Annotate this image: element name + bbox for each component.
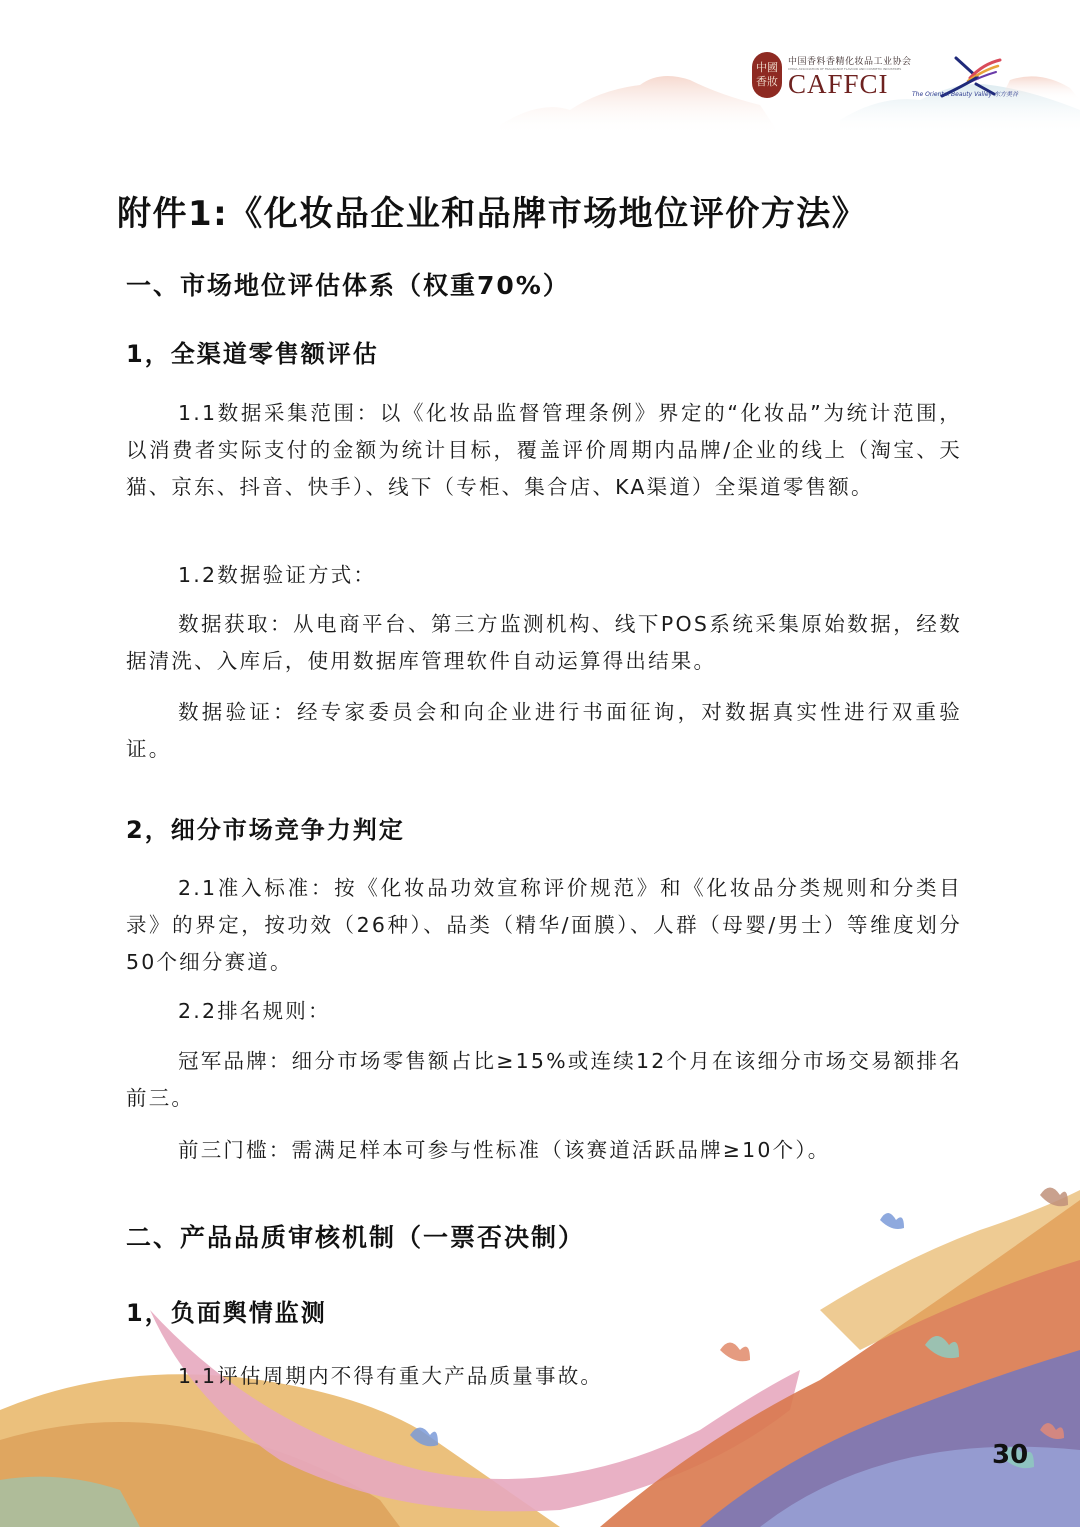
seal-logo-icon: 中國 香妝: [752, 52, 782, 98]
paragraph: 2.2排名规则：: [126, 993, 962, 1030]
page-number: 30: [992, 1440, 1028, 1470]
header-banner: 中國 香妝 中国香料香精化妆品工业协会 CHINA ASSOCIATION OF…: [0, 0, 1080, 160]
paragraph: 1.1数据采集范围：以《化妆品监督管理条例》界定的“化妆品”为统计范围，以消费者…: [126, 395, 962, 506]
partner-logo-text: The Oriental Beauty Valley 东方美谷: [912, 89, 1018, 98]
section-heading: 一、市场地位评估体系（权重70%）: [126, 266, 570, 302]
subsection-heading: 2，细分市场竞争力判定: [126, 810, 405, 845]
subsection-heading: 1，负面舆情监测: [126, 1293, 327, 1328]
paragraph: 1.1评估周期内不得有重大产品质量事故。: [126, 1358, 962, 1395]
paragraph: 冠军品牌：细分市场零售额占比≥15%或连续12个月在该细分市场交易额排名前三。: [126, 1043, 962, 1117]
subsection-heading: 1，全渠道零售额评估: [126, 334, 379, 369]
caffci-logo: 中國 香妝 中国香料香精化妆品工业协会 CHINA ASSOCIATION OF…: [752, 52, 912, 98]
association-name-cn: 中国香料香精化妆品工业协会: [788, 54, 912, 67]
paragraph: 数据获取：从电商平台、第三方监测机构、线下POS系统采集原始数据，经数据清洗、入…: [126, 606, 962, 680]
paragraph: 1.2数据验证方式：: [126, 557, 962, 594]
association-abbr: CAFFCI: [788, 71, 912, 97]
document-title: 附件1:《化妆品企业和品牌市场地位评价方法》: [117, 186, 867, 235]
paragraph: 数据验证：经专家委员会和向企业进行书面征询，对数据真实性进行双重验证。: [126, 694, 962, 768]
section-heading: 二、产品品质审核机制（一票否决制）: [126, 1218, 585, 1254]
paragraph: 2.1准入标准：按《化妆品功效宣称评价规范》和《化妆品分类规则和分类目录》的界定…: [126, 870, 962, 981]
paragraph: 前三门槛：需满足样本可参与性标准（该赛道活跃品牌≥10个）。: [126, 1132, 962, 1169]
